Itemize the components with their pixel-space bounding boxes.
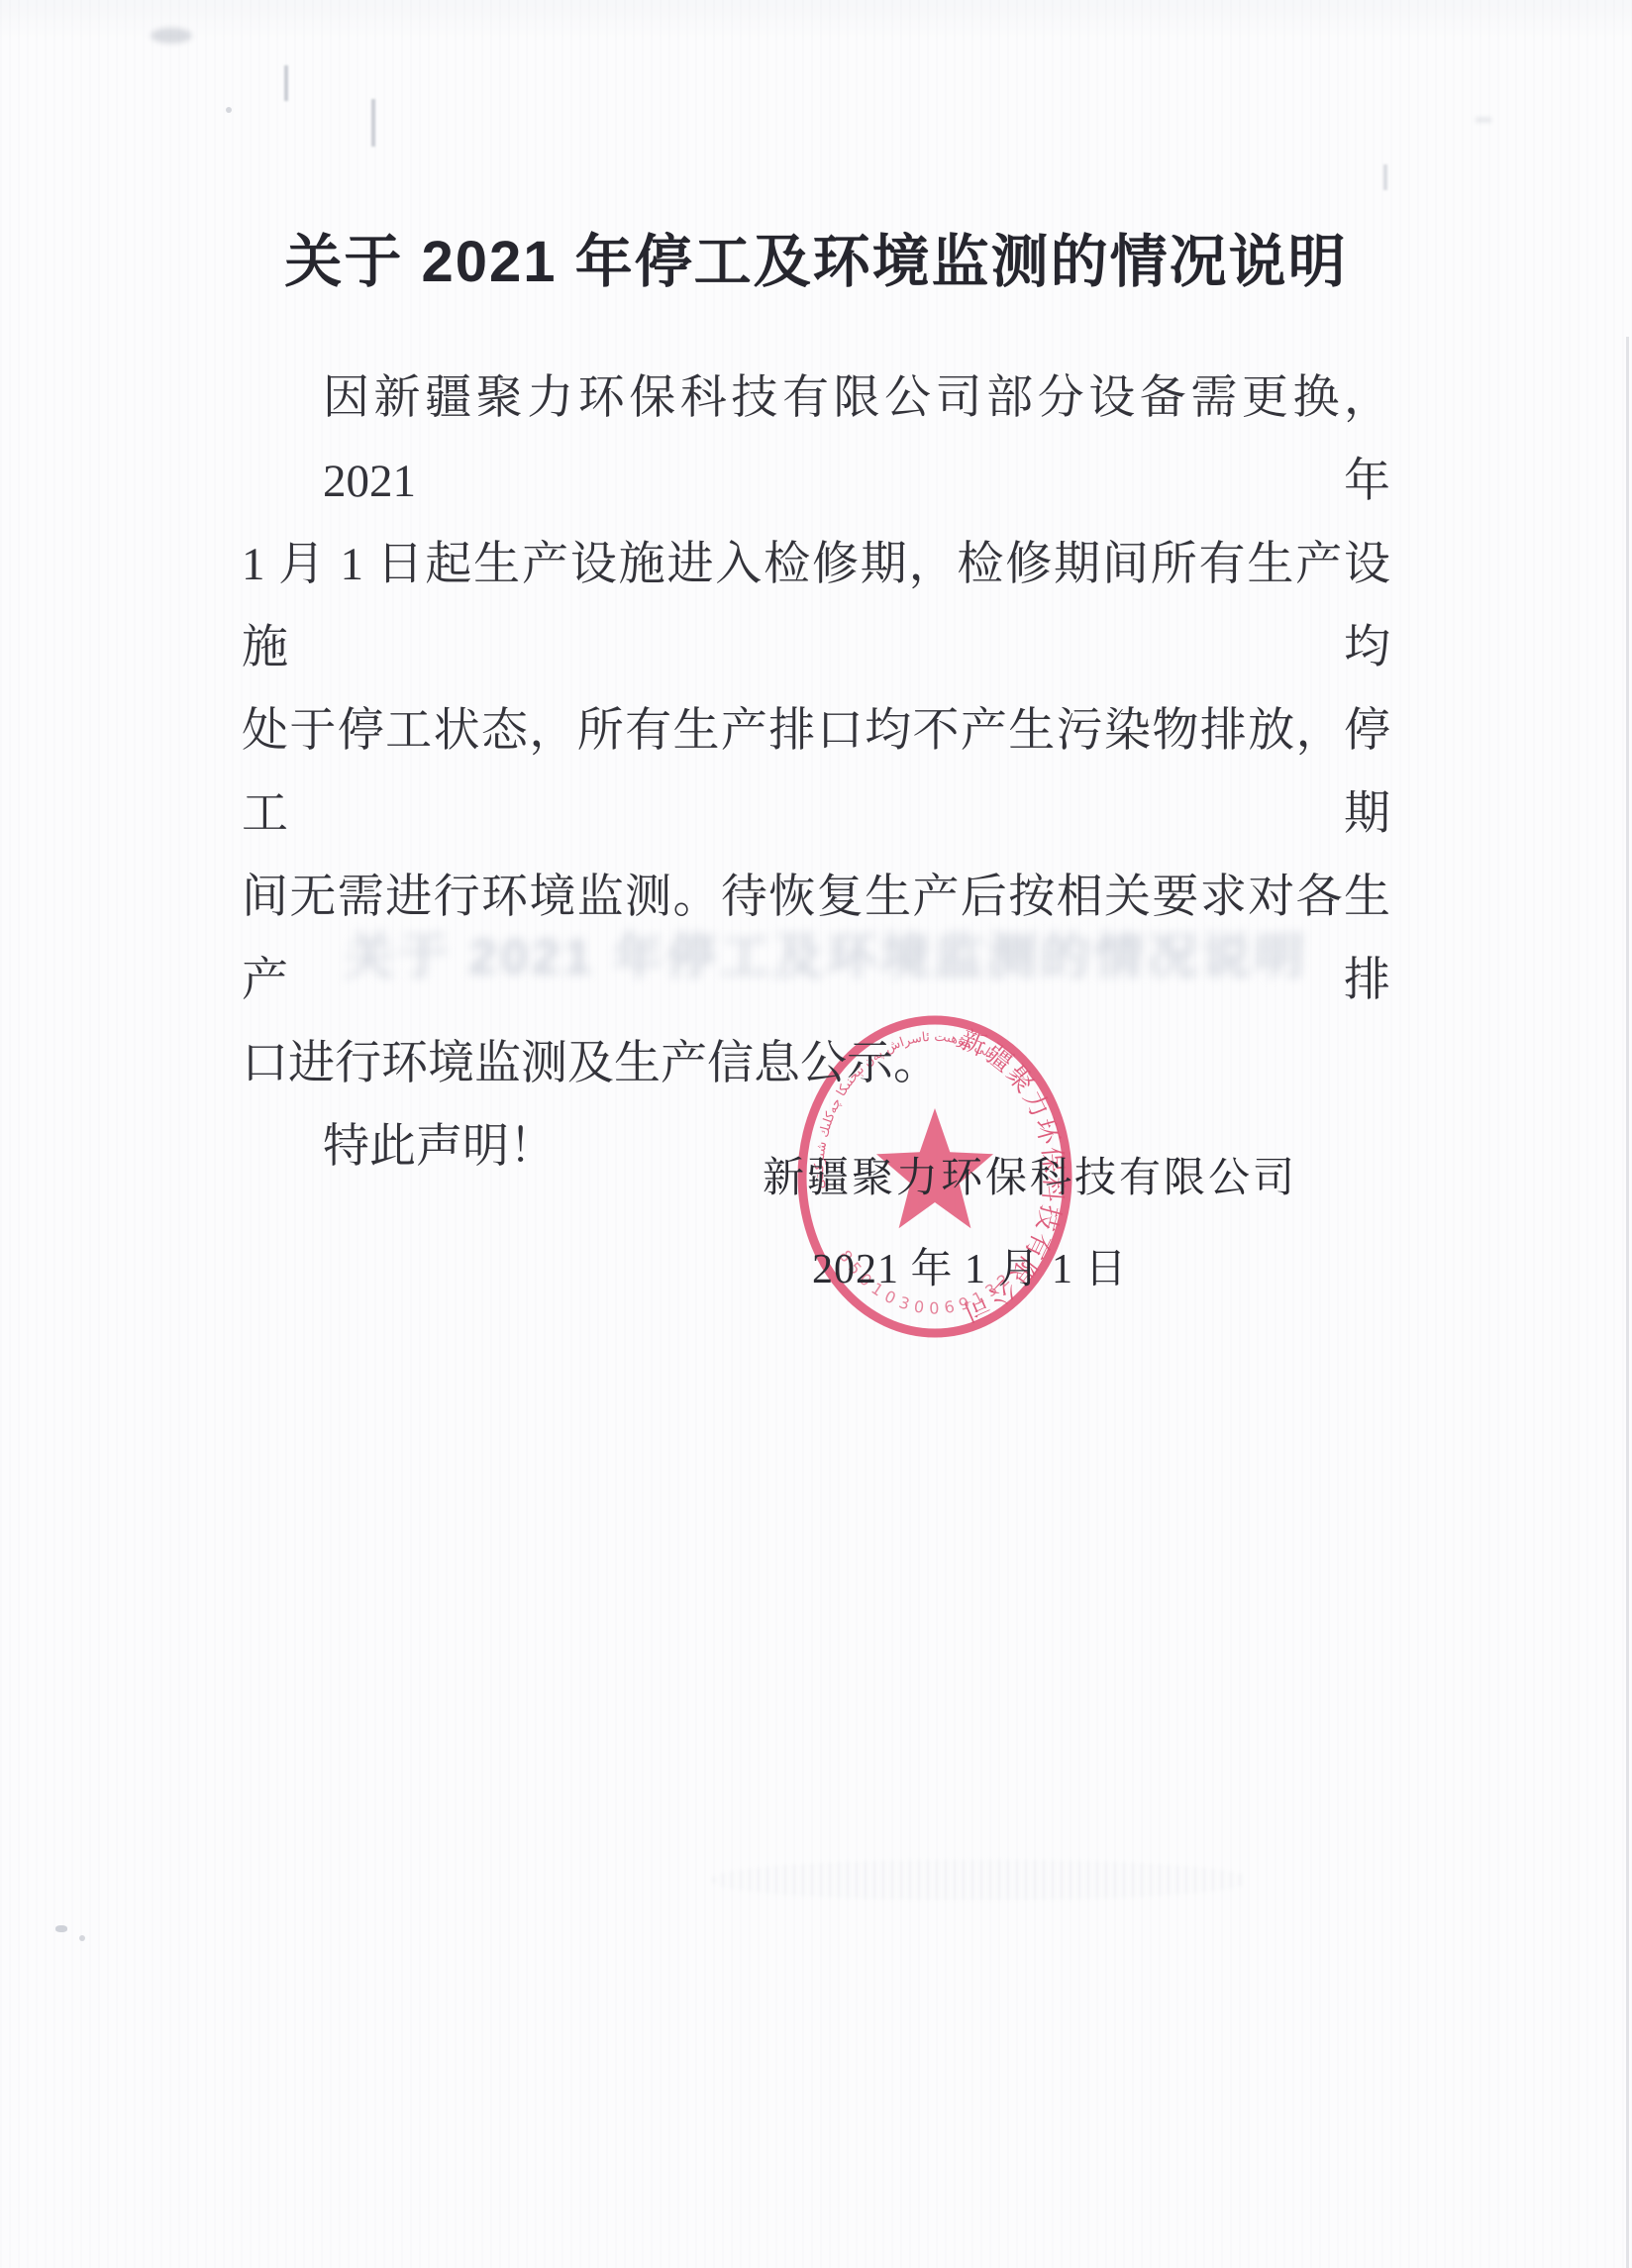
scan-artifact	[371, 99, 375, 147]
scan-artifact	[1383, 164, 1387, 190]
body-line: 间无需进行环境监测。待恢复生产后按相关要求对各生产排	[242, 856, 1390, 1022]
body-line: 口进行环境监测及生产信息公示。	[242, 1022, 1390, 1105]
page-title: 关于 2021 年停工及环境监测的情况说明	[0, 231, 1632, 294]
signature-date: 2021 年 1 月 1 日	[812, 1236, 1128, 1295]
scan-artifact	[284, 65, 288, 101]
scanned-document-page: 关于 2021 年停工及环境监测的情况说明 关于 2021 年停工及环境监测的情…	[0, 0, 1632, 2268]
scan-artifact	[79, 1935, 85, 1941]
scan-edge-line	[1626, 337, 1629, 2268]
body-line: 因新疆聚力环保科技有限公司部分设备需更换，2021 年	[242, 357, 1390, 523]
scan-artifact	[226, 107, 232, 113]
signature-company: 新疆聚力环保科技有限公司	[763, 1145, 1297, 1204]
body-line: 1 月 1 日起生产设施进入检修期，检修期间所有生产设施均	[242, 523, 1390, 689]
scan-artifact	[151, 28, 192, 44]
scan-artifact	[1476, 117, 1491, 123]
scan-artifact	[55, 1925, 67, 1932]
ghost-bleedthrough-smudge	[713, 1860, 1248, 1900]
body-paragraph: 因新疆聚力环保科技有限公司部分设备需更换，2021 年 1 月 1 日起生产设施…	[242, 357, 1390, 1188]
body-line: 处于停工状态，所有生产排口均不产生污染物排放，停工期	[242, 689, 1390, 856]
